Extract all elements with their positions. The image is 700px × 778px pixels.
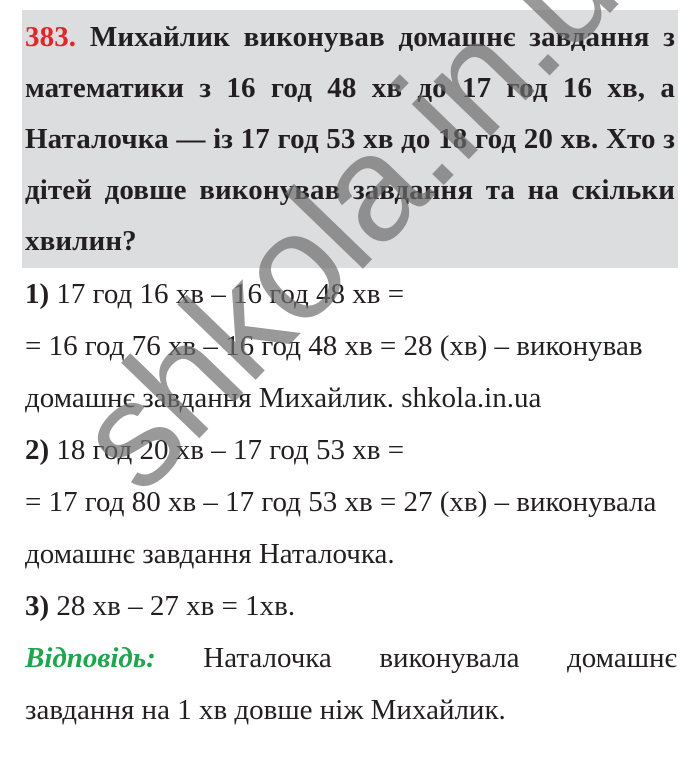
step-2-line-2: = 17 год 80 хв – 17 год 53 хв = 27 (хв) … bbox=[25, 476, 677, 528]
step-number: 3) bbox=[25, 590, 49, 622]
step-text: 18 год 20 хв – 17 год 53 хв = bbox=[56, 434, 404, 466]
step-text: 28 хв – 27 хв = 1хв. bbox=[56, 590, 295, 622]
answer-word: виконувала bbox=[379, 632, 519, 684]
step-2-line-3: домашнє завдання Наталочка. bbox=[25, 528, 677, 580]
step-1-line-1: 1) 17 год 16 хв – 16 год 48 хв = bbox=[25, 268, 677, 320]
answer-line-1: Відповідь: Наталочка виконувала домашнє bbox=[25, 632, 677, 684]
solution: 1) 17 год 16 хв – 16 год 48 хв = = 16 го… bbox=[25, 268, 677, 736]
step-number: 1) bbox=[25, 278, 49, 310]
task-statement: 383. Михайлик виконував домашнє завдання… bbox=[25, 12, 675, 267]
answer-label: Відповідь: bbox=[25, 632, 156, 684]
answer-word: Наталочка bbox=[203, 632, 332, 684]
answer-line-2: завдання на 1 хв довше ніж Михайлик. bbox=[25, 684, 677, 736]
task-number: 383. bbox=[25, 21, 76, 53]
task-text: Михайлик виконував домашнє завдання з ма… bbox=[25, 21, 675, 257]
step-number: 2) bbox=[25, 434, 49, 466]
step-1-line-2: = 16 год 76 хв – 16 год 48 хв = 28 (хв) … bbox=[25, 320, 677, 372]
step-1-line-3: домашнє завдання Михайлик. shkola.in.ua bbox=[25, 372, 677, 424]
step-2-line-1: 2) 18 год 20 хв – 17 год 53 хв = bbox=[25, 424, 677, 476]
answer-word: домашнє bbox=[567, 632, 677, 684]
step-3-line-1: 3) 28 хв – 27 хв = 1хв. bbox=[25, 580, 677, 632]
step-text: 17 год 16 хв – 16 год 48 хв = bbox=[56, 278, 404, 310]
